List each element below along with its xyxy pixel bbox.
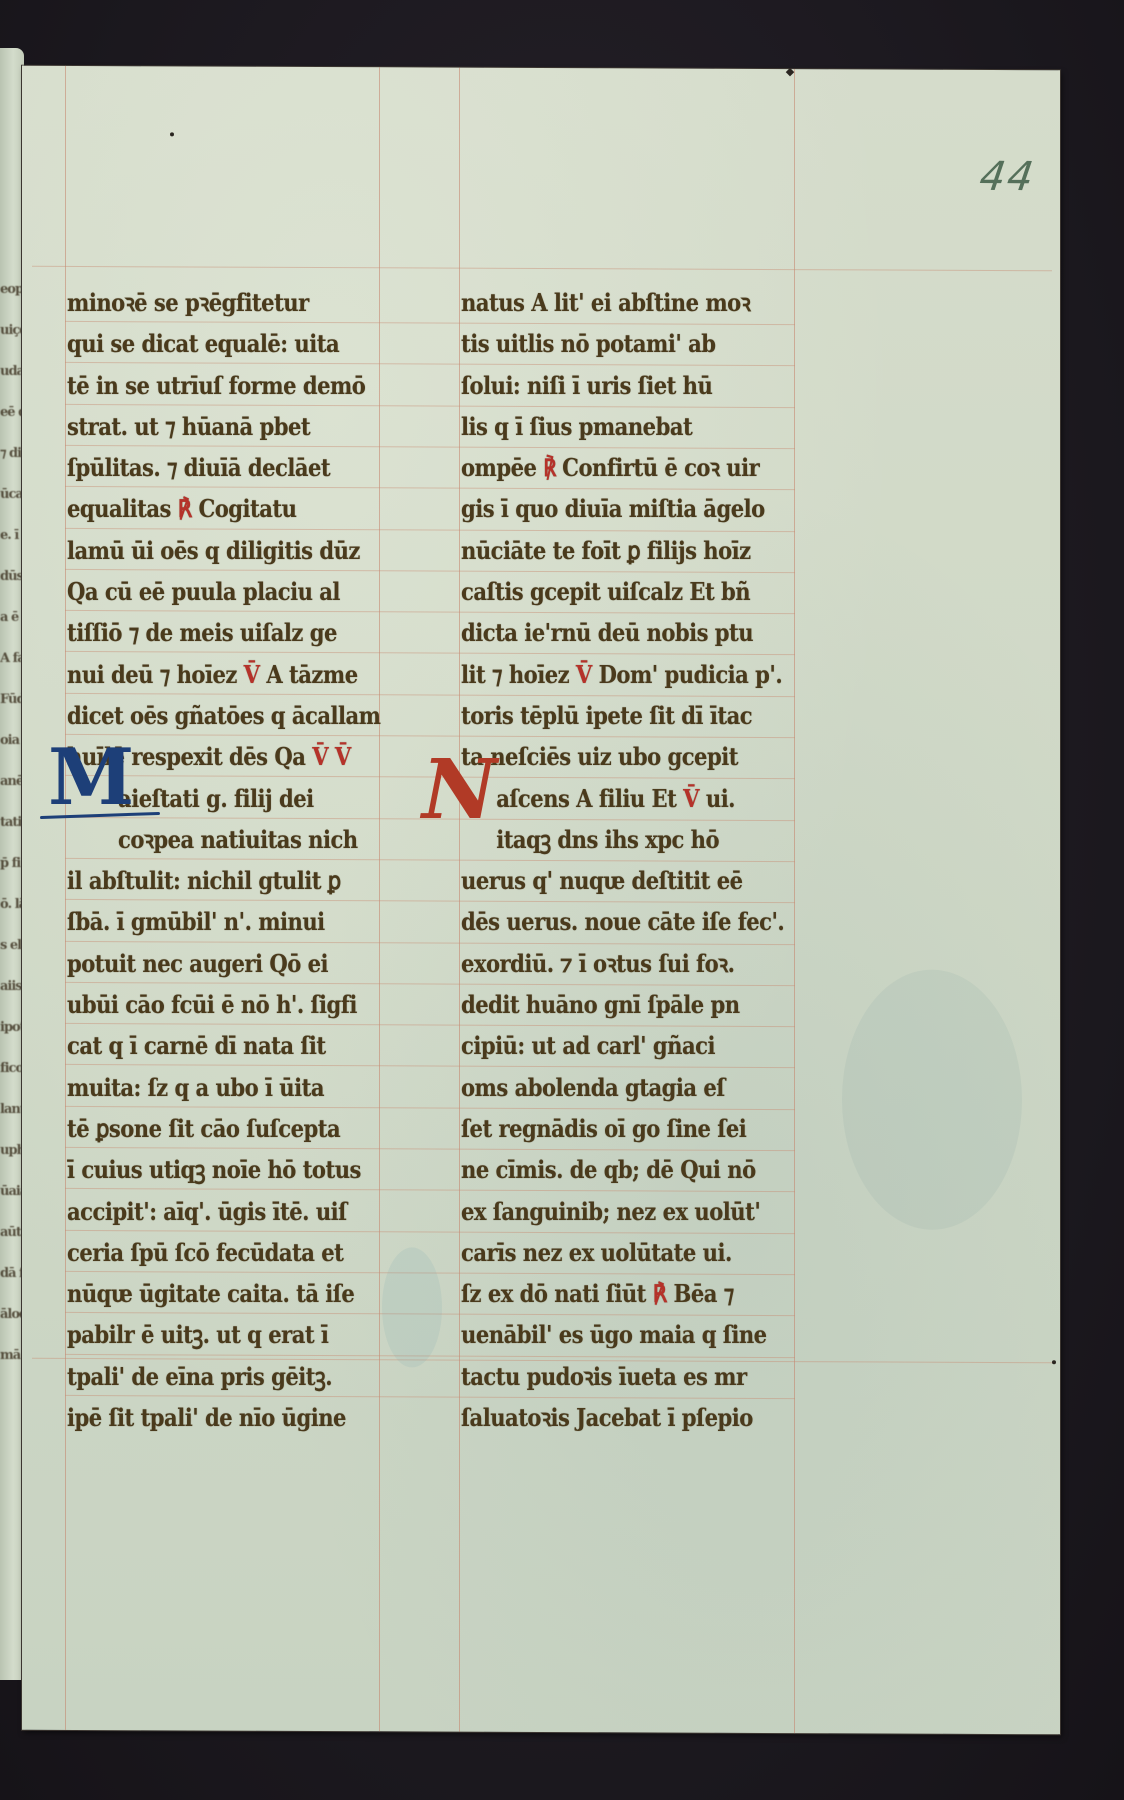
- pricking-mark: [170, 132, 174, 136]
- text-line: ī cuius utiqꝫ noīe hō totus: [67, 1149, 349, 1190]
- text-line: ta neſciēs uiz ubo gcepit: [461, 736, 769, 777]
- facing-page-text-fragment: oia lq: [0, 727, 24, 754]
- text-line: lit ⁊ hoīez V̄ Dom' pudicia p'.: [461, 654, 769, 695]
- text-line: gis ī quo diuīa miſtia āgelo: [461, 488, 769, 529]
- facing-page-text-fragment: ūcarie: [0, 481, 24, 508]
- rubric-mark: ℟: [178, 494, 192, 523]
- facing-page-text-fragment: ō. lā: [0, 891, 24, 918]
- text-line: tē ꝑsone ſit cāo ſuſcepta: [67, 1108, 349, 1149]
- text-line: tiſſiō ⁊ de meis uiſalz ge: [67, 612, 349, 653]
- rubric-mark: V̄: [312, 742, 328, 771]
- facing-page-text-fragment: Fūdo: [0, 686, 24, 713]
- facing-page-text-fragment: eopla: [0, 276, 24, 303]
- text-line: dedit huāno gnī ſpāle pn: [461, 984, 769, 1025]
- ruling-line-right-outer: [459, 68, 460, 1732]
- text-line: dicta ie'rnū deū nobis ptu: [461, 612, 769, 653]
- water-stain: [842, 969, 1022, 1230]
- folio-number: 44: [977, 154, 1038, 200]
- text-line: ceria ſpū ſcō fecūdata et: [67, 1232, 349, 1273]
- text-line: il abſtulit: nichil gtulit ꝑ: [67, 860, 349, 901]
- text-line: itaqꝫ dns ihs xpc hō: [461, 819, 769, 860]
- facing-page-text-fragment: udahīq: [0, 358, 24, 385]
- text-line: ipē ſit tpali' de nīo ūgine: [67, 1397, 349, 1438]
- rubric-mark: V̄: [576, 660, 592, 689]
- text-line: strat. ut ⁊ hūanā pbet: [67, 406, 349, 447]
- initial-letter: M: [48, 732, 134, 823]
- text-line: nūciāte te foīt ꝑ filijs hoīz: [461, 530, 769, 571]
- rubric-mark: ℟: [543, 453, 555, 482]
- text-line: ſaluatoꝛis Jacebat ī pſepio: [461, 1397, 769, 1438]
- facing-page-text-fragment: ālodī: [0, 1301, 24, 1328]
- text-line: tpali' de eīna pris gēitꝫ.: [67, 1356, 349, 1397]
- facing-page-text-fragment: tati: [0, 809, 24, 836]
- initial-letter: N: [422, 742, 497, 838]
- text-line: tactu pudoꝛis īueta es mr: [461, 1356, 769, 1397]
- ruling-line-top: [32, 266, 1052, 271]
- text-line: ne cīmis. de qb; dē Qui nō: [461, 1149, 769, 1190]
- text-line: exordiū. ⁊ ī oꝛtus ſui foꝛ.: [461, 943, 769, 984]
- text-line: dicet oēs gñatōes q ācallam: [67, 695, 349, 736]
- decorated-initial-N: N: [422, 750, 497, 830]
- text-line: lis q ī ſius pmanebat: [461, 406, 769, 447]
- text-line: nūqᵫ ūgitate caita. tā iſe: [67, 1273, 349, 1314]
- text-line: caſtis gcepit uiſcalz Et bñ: [461, 571, 769, 612]
- facing-page-text-fragment: mā ū: [0, 1342, 24, 1369]
- text-line: nui deū ⁊ hoīez V̄ A tāzme: [67, 654, 349, 695]
- facing-page-text-fragment: dā ftu: [0, 1260, 24, 1287]
- text-column-left: minoꝛē se pꝛēgfiteturqui se dicat equalē…: [67, 282, 387, 1438]
- pricking-mark: [786, 68, 794, 76]
- text-line: tis uitlis nō potami' ab: [461, 323, 769, 364]
- facing-page-text-fragment: p̄ fi l: [0, 850, 24, 877]
- text-line: cipiū: ut ad carl' gñaci: [461, 1025, 769, 1066]
- facing-page-text-fragment: ficomū: [0, 1055, 24, 1082]
- water-stain: [382, 1247, 442, 1367]
- text-line: tē in se utrīuſ forme demō: [67, 365, 349, 406]
- facing-page-text-fragment: uphū: [0, 1137, 24, 1164]
- text-line: ex ſanguinib; nez ex uolūt': [461, 1191, 769, 1232]
- facing-page-text-fragment: dūs fiij: [0, 563, 24, 590]
- text-line: oms abolenda gtagia eſ: [461, 1067, 769, 1108]
- text-line: lamū ūi oēs q diligitis dūz: [67, 530, 349, 571]
- facing-page-text-fragment: uiçq ia: [0, 317, 24, 344]
- text-line: carīs nez ex uolūtate ui.: [461, 1232, 769, 1273]
- facing-page-text-fragment: anē te: [0, 768, 24, 795]
- text-line: qui se dicat equalē: uita: [67, 323, 349, 364]
- facing-page-text-fragment: lanū: [0, 1096, 24, 1123]
- facing-page-text-fragment: A fa: [0, 645, 24, 672]
- text-line: ſet regnādis oī go ſine ſei: [461, 1108, 769, 1149]
- facing-page-text-fragment: s el q: [0, 932, 24, 959]
- facing-page-text-fragment: ipotā: [0, 1014, 24, 1041]
- text-line: equalitas ℟ Cogitatu: [67, 488, 349, 529]
- facing-page-text-fragment: ūaiag: [0, 1178, 24, 1205]
- text-line: toris tēplū ipete ſit dī ītac: [461, 695, 769, 736]
- facing-page-text-fragment: aiis: [0, 973, 24, 1000]
- facing-page-text-fragment: ⁊ dilig: [0, 440, 24, 467]
- text-line: ſbā. ī gmūbil' n'. minui: [67, 901, 349, 942]
- text-line: uenābil' es ūgo maia q ſine: [461, 1314, 769, 1355]
- text-line: ſz ex dō nati ſiūt ℟ Bēa ⁊: [461, 1273, 769, 1314]
- text-line: ſpūlitas. ⁊ diuīā declāet: [67, 447, 349, 488]
- text-line: natus A lit' ei abſtine moꝛ: [461, 282, 769, 323]
- text-line: dēs uerus. noue cāte iſe fec'.: [461, 901, 769, 942]
- rubric-mark: V̄: [335, 742, 351, 771]
- text-line: ubūi cāo fcūi ē nō h'. ſigfi: [67, 984, 349, 1025]
- text-line: ſolui: niſi ī uris ſiet hū: [461, 365, 769, 406]
- ruling-line-left-outer: [65, 66, 66, 1730]
- text-column-right: natus A lit' ei abſtine moꝛtis uitlis nō…: [461, 282, 811, 1438]
- text-line: muita: ſz q a ubo ī ūita: [67, 1067, 349, 1108]
- text-line: cat q ī carnē dī nata ſit: [67, 1025, 349, 1066]
- pricking-mark: [1052, 1360, 1056, 1364]
- text-line: uerus q' nuqᵫ deſtitit eē: [461, 860, 769, 901]
- rubric-mark: V̄: [244, 660, 260, 689]
- text-line: pabilr ē uitꝫ. ut q erat ī: [67, 1314, 349, 1355]
- decorated-initial-M: M: [48, 738, 118, 818]
- text-line: potuit nec augeri Qō ei: [67, 943, 349, 984]
- text-line: aſcens A filiu Et V̄ ui.: [461, 778, 769, 819]
- text-line: accipit': aīq'. ūgis ītē. uiſ: [67, 1191, 349, 1232]
- facing-page-text-fragment: a ē g: [0, 604, 24, 631]
- facing-page-text-fragment: eē q ui: [0, 399, 24, 426]
- rubric-mark: ℟: [653, 1279, 667, 1308]
- text-line: minoꝛē se pꝛēgfitetur: [67, 282, 349, 323]
- text-line: coꝛpea natiuitas nich: [67, 819, 349, 860]
- facing-page-text-fragment: e. ī oā: [0, 522, 24, 549]
- facing-page-text-fragment: aūt: [0, 1219, 24, 1246]
- rubric-mark: V̄: [683, 784, 699, 813]
- text-line: ompēe ℟ Confirtū ē coꝛ uir: [461, 447, 769, 488]
- text-line: Qa cū eē puula placiu al: [67, 571, 349, 612]
- facing-page-edge: eoplauiçq iaudahīqeē q ui⁊ diligūcariee.…: [0, 48, 24, 1680]
